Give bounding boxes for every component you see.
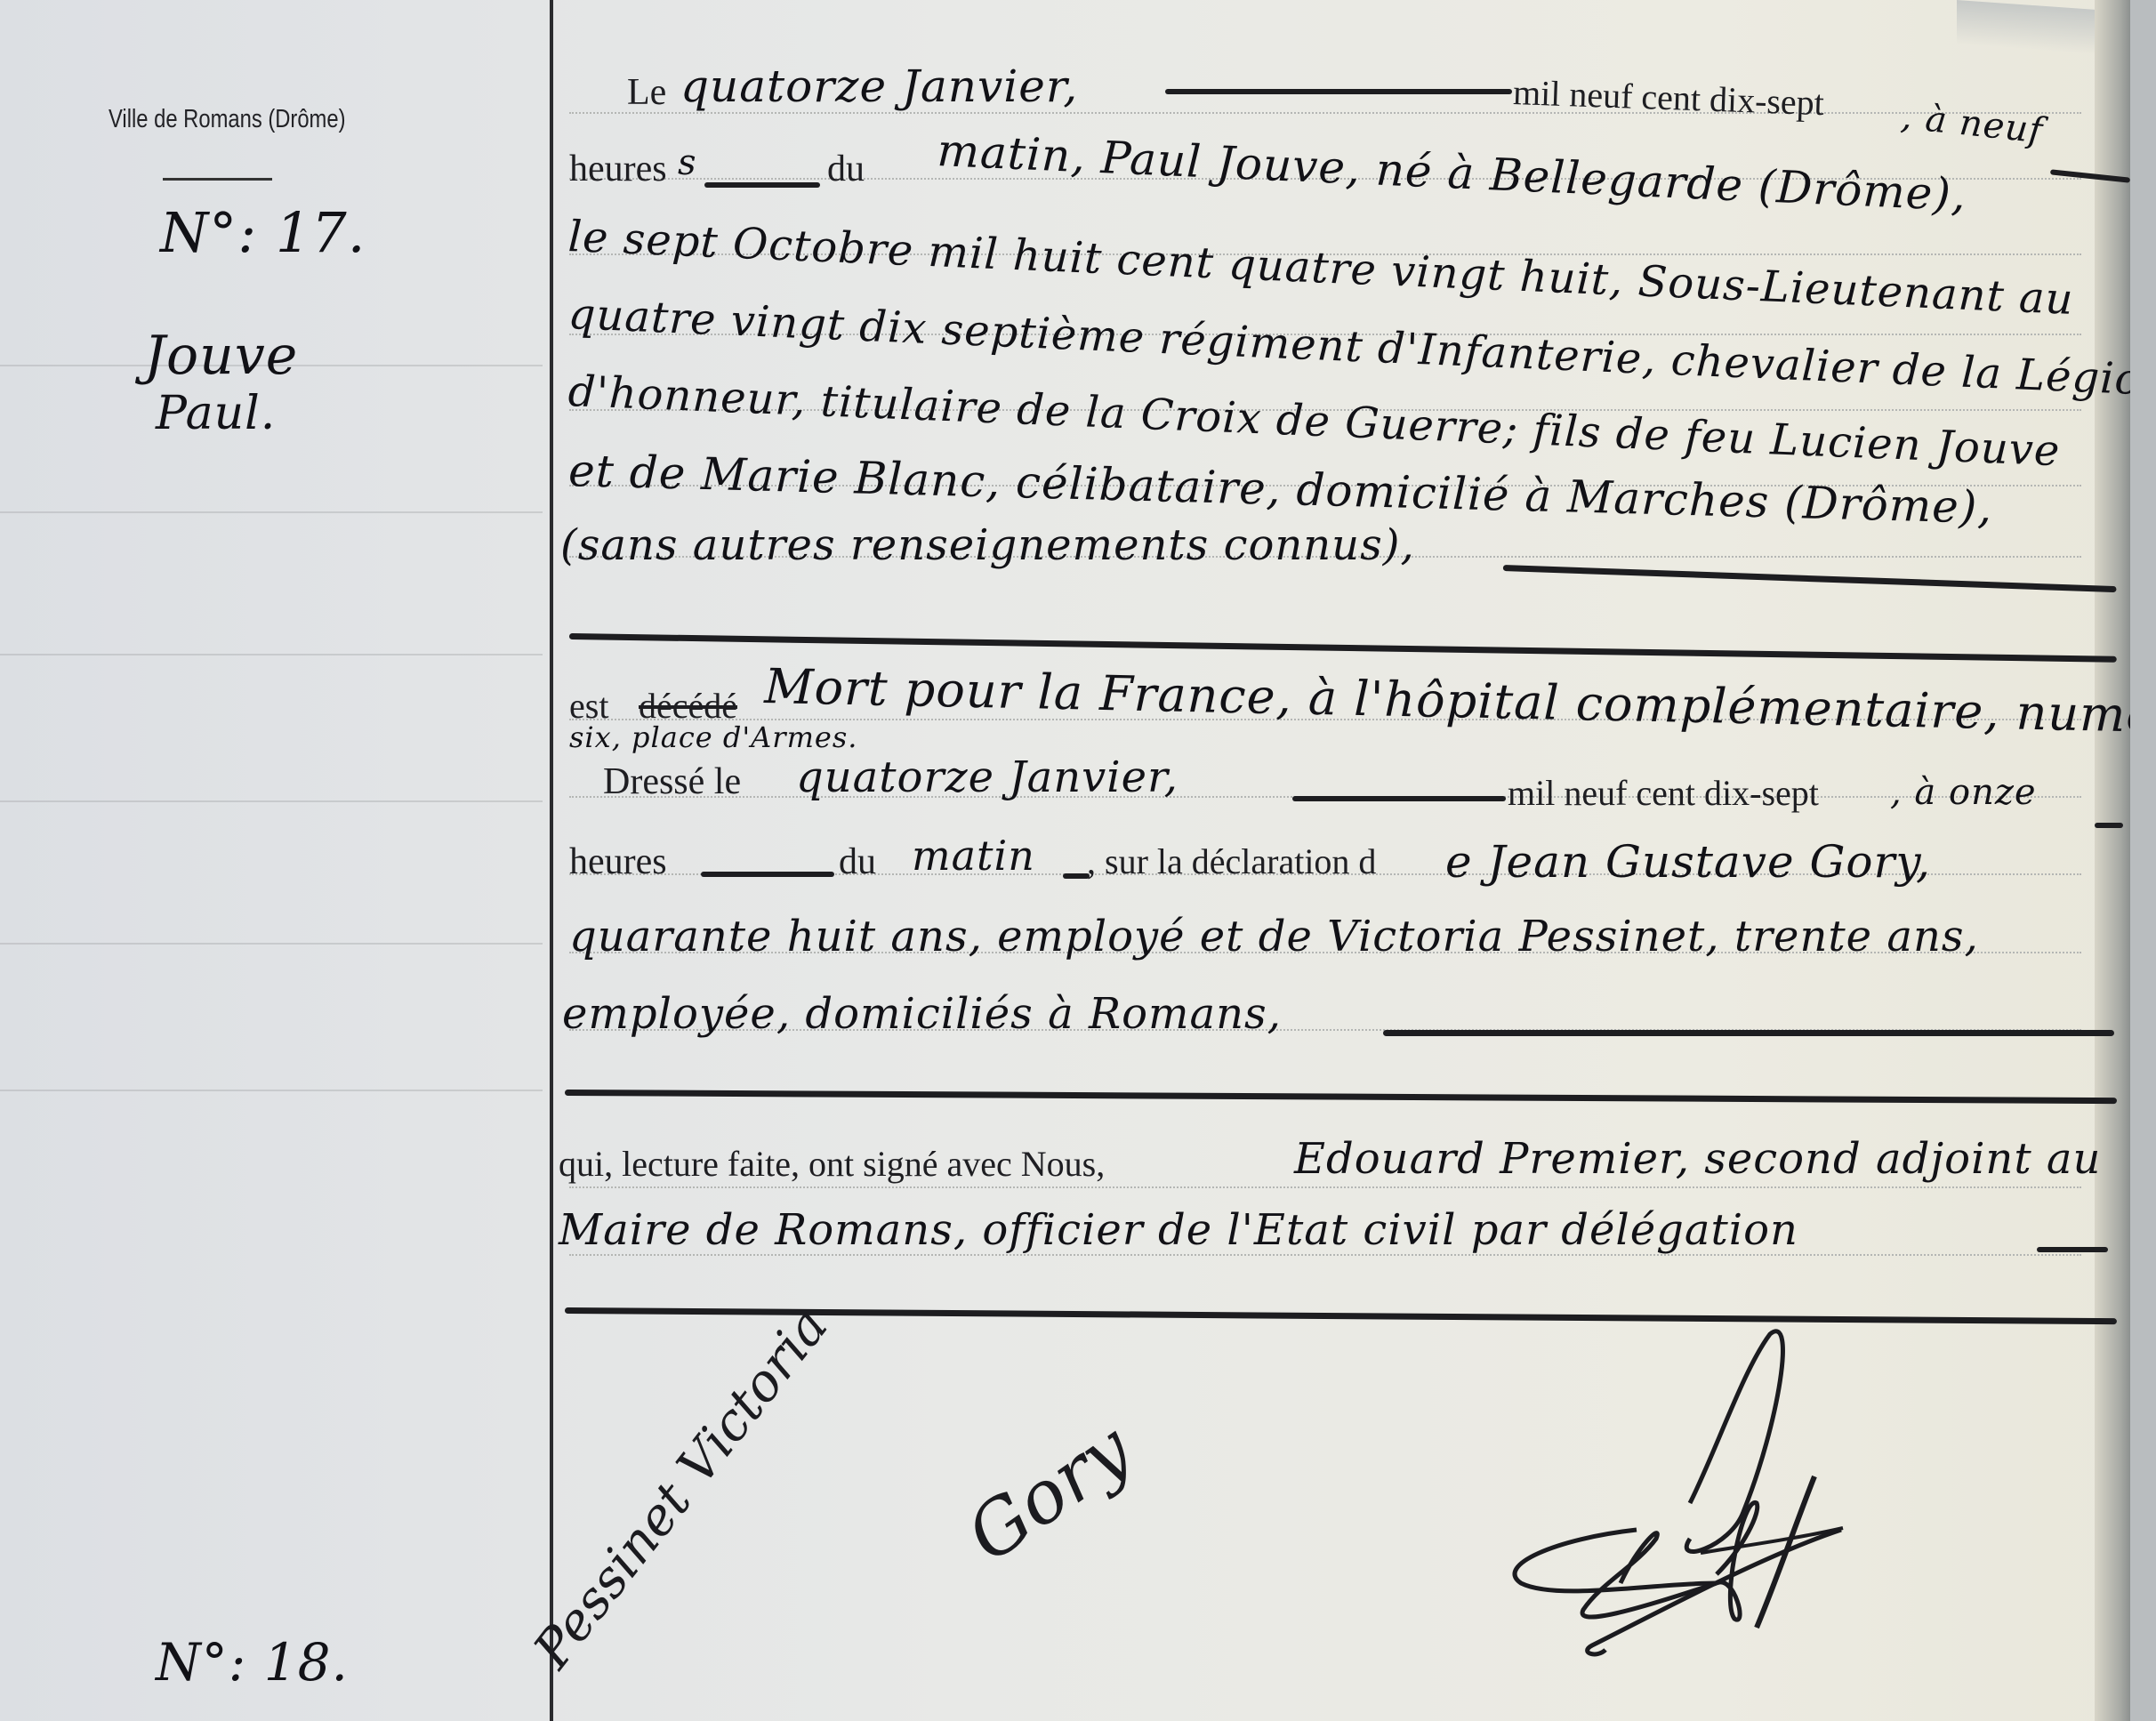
officer-paraph-icon (1423, 1316, 1975, 1699)
register-page: Ville de Romans (Drôme) N°: 17. Jouve Pa… (0, 0, 2130, 1721)
writing-line (569, 1186, 2081, 1188)
witness-signature-pessinet: Pessinet Victoria (521, 1296, 839, 1679)
margin-surname: Jouve (144, 325, 298, 387)
hand-death-text: Mort pour la France, à l'hôpital complém… (764, 658, 2130, 744)
printed-year: mil neuf cent dix-sept (1512, 71, 1824, 124)
section-rule (565, 1090, 2117, 1104)
page-edge (2095, 0, 2130, 1721)
writing-line (569, 112, 2081, 114)
hand-s: s (678, 142, 697, 183)
witness-signature-gory: Gory (953, 1407, 1147, 1579)
drawn-line-4: employée, domiciliés à Romans, (562, 989, 1282, 1039)
margin-ruled-line (0, 800, 543, 802)
blank-fill (1165, 89, 1512, 94)
hand-signing-line2: Maire de Romans, officier de l'Etat civi… (559, 1205, 1798, 1255)
entry-line-7: (sans autres renseignements connus), (560, 520, 1415, 570)
printed-drawn-du: du (839, 840, 876, 883)
printed-le: Le (627, 71, 666, 114)
hand-date: quatorze Janvier, (680, 60, 1078, 112)
margin-ruled-line (0, 1090, 543, 1091)
margin-divider (550, 0, 553, 1721)
blank-fill (1063, 873, 1090, 879)
hand-drawn-time: , à onze (1890, 772, 2037, 813)
printed-du: du (827, 148, 865, 190)
margin-ruled-line (0, 654, 543, 655)
printed-drawn-heures: heures (569, 840, 667, 883)
hand-time: , à neuf (1899, 96, 2045, 151)
printed-heures: heures (569, 148, 667, 190)
margin-header: Ville de Romans (Drôme) (109, 105, 346, 134)
margin-given-name: Paul. (156, 387, 276, 440)
act-number: N°: 17. (160, 200, 366, 265)
number-overline (163, 178, 272, 181)
hand-drawn-matin: matin (912, 832, 1035, 880)
printed-signing: qui, lecture faite, ont signé avec Nous, (559, 1143, 1105, 1185)
next-act-number: N°: 18. (156, 1632, 349, 1693)
blank-fill (701, 872, 834, 877)
blank-fill (2037, 1247, 2108, 1252)
closing-rule (1503, 565, 2117, 592)
printed-drawn-year: mil neuf cent dix-sept (1508, 772, 1819, 814)
blank-fill (704, 182, 820, 188)
hand-officer: Edouard Premier, second adjoint au (1294, 1134, 2101, 1184)
hand-text: matin, Paul Jouve, né à Bellegarde (Drôm… (936, 125, 1967, 221)
printed-dresse: Dressé le (603, 760, 741, 803)
hand-drawn-date: quatorze Janvier, (796, 752, 1179, 802)
drawn-line-3: quarante huit ans, employé et de Victori… (569, 912, 1979, 961)
hand-death-continuation: six, place d'Armes. (569, 720, 857, 754)
closing-rule (1383, 1030, 2114, 1036)
margin-ruled-line (0, 943, 543, 945)
hand-declarant: e Jean Gustave Gory, (1445, 836, 1931, 888)
blank-fill (2095, 823, 2123, 828)
printed-declaration: , sur la déclaration d (1087, 840, 1376, 882)
margin-ruled-line (0, 511, 543, 513)
blank-fill (1292, 796, 1506, 801)
